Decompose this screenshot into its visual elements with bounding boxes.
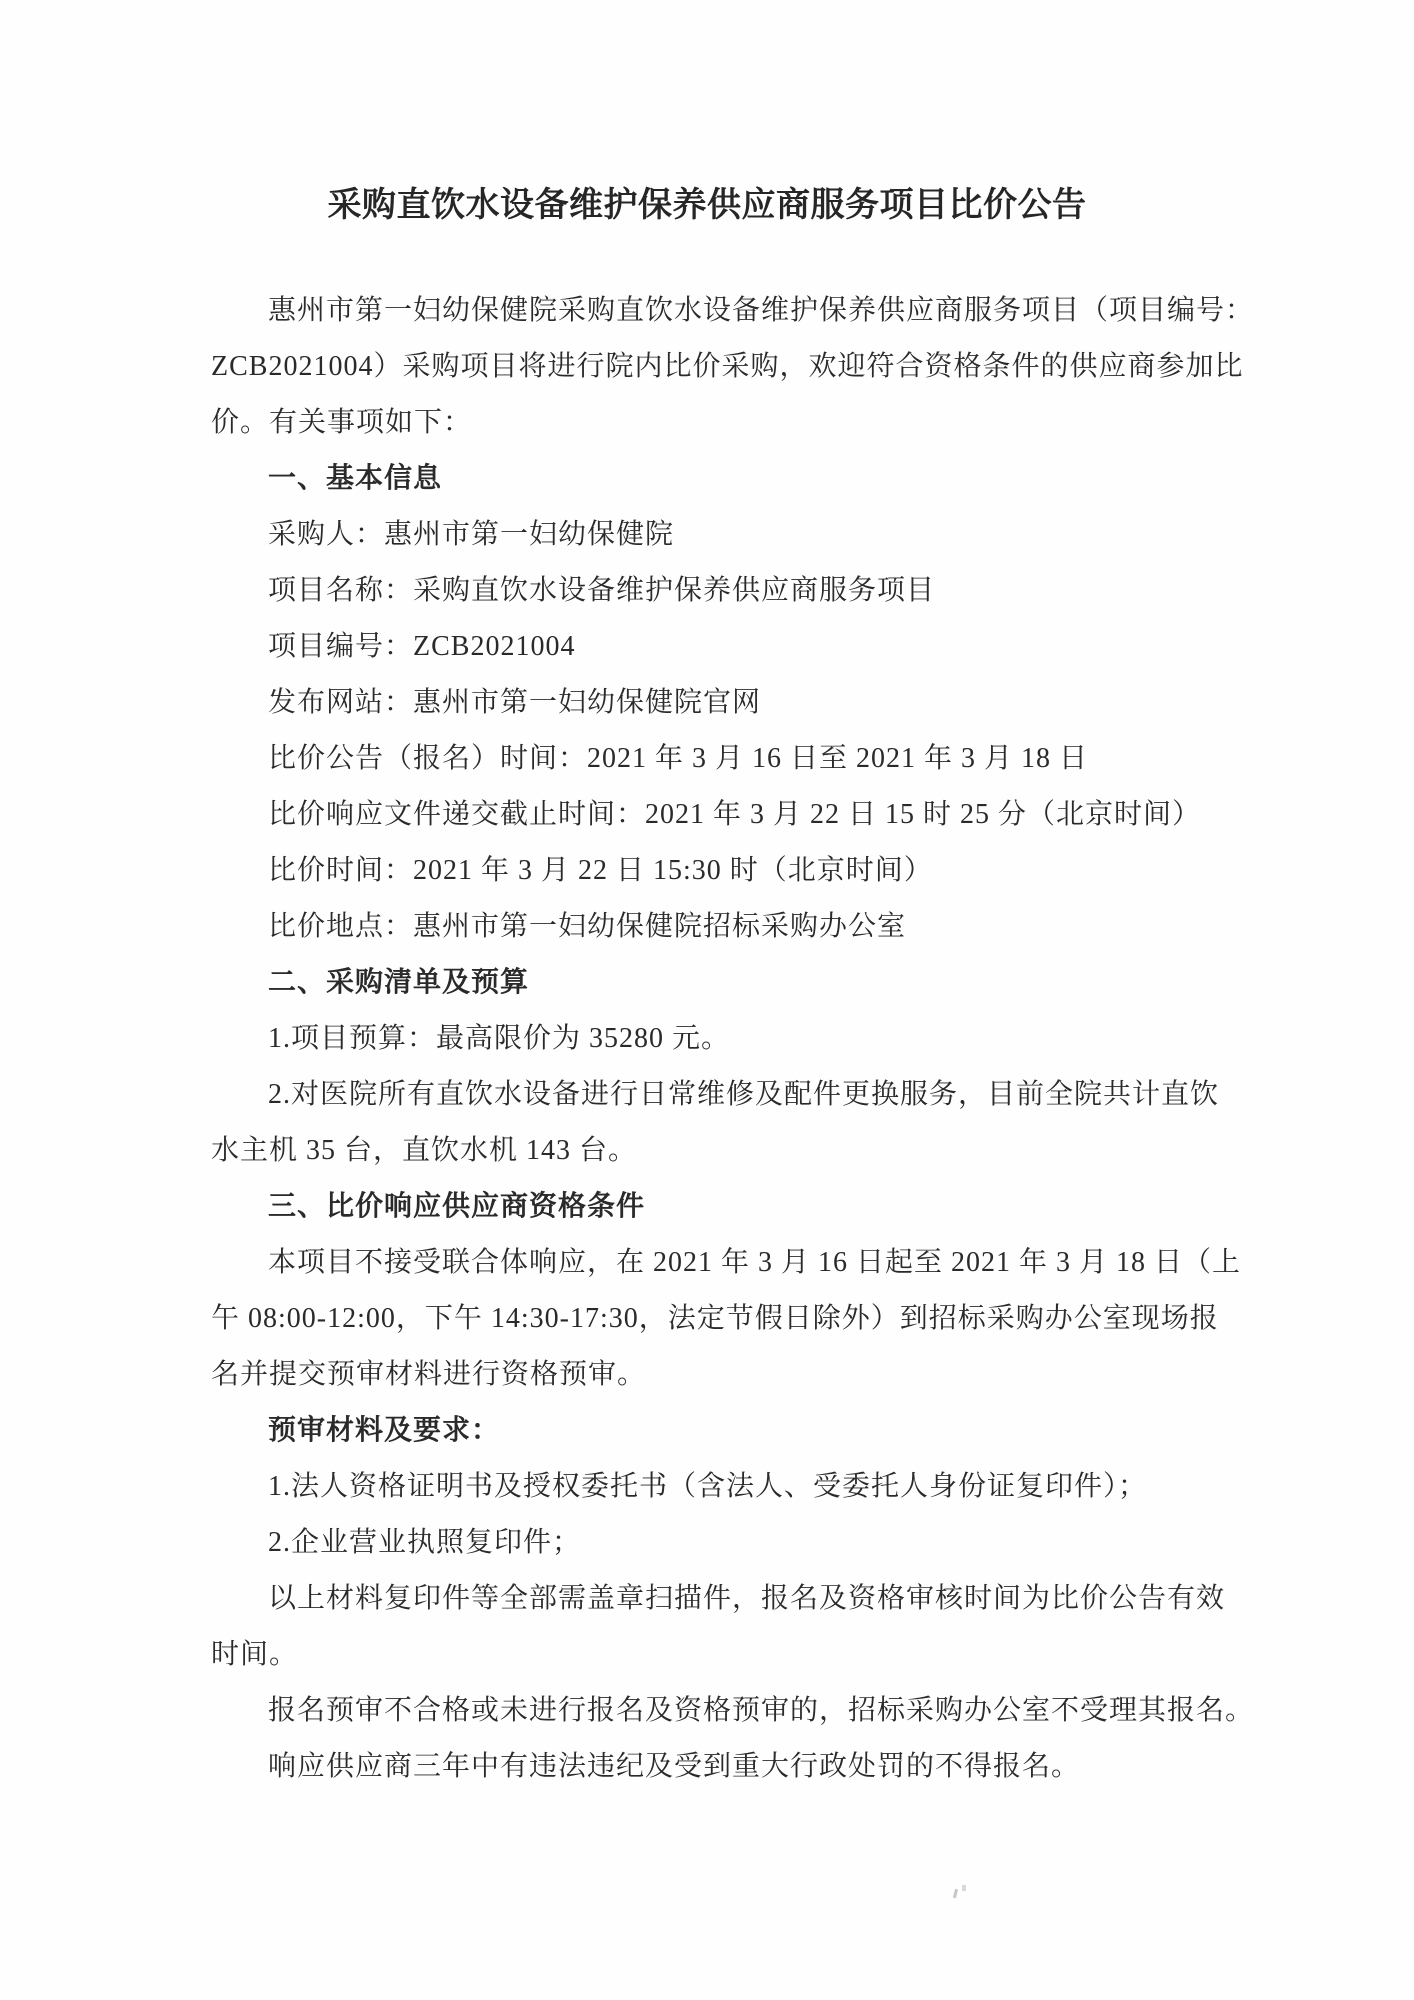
text-line: 时间。 xyxy=(211,1627,1251,1683)
text-line: 比价时间：2021 年 3 月 22 日 15:30 时（北京时间） xyxy=(211,843,1308,899)
text-line: 惠州市第一妇幼保健院采购直饮水设备维护保养供应商服务项目（项目编号： xyxy=(211,283,1308,339)
document-page: 采购直饮水设备维护保养供应商服务项目比价公告 惠州市第一妇幼保健院采购直饮水设备… xyxy=(0,0,1414,2000)
text-line: 比价响应文件递交截止时间：2021 年 3 月 22 日 15 时 25 分（北… xyxy=(211,787,1308,843)
text-line: 名并提交预审材料进行资格预审。 xyxy=(211,1347,1251,1403)
text-line: 响应供应商三年中有违法违纪及受到重大行政处罚的不得报名。 xyxy=(211,1739,1308,1795)
section-heading: 二、采购清单及预算 xyxy=(211,955,1308,1011)
text-line: 价。有关事项如下： xyxy=(211,395,1251,451)
text-line: 水主机 35 台，直饮水机 143 台。 xyxy=(211,1123,1251,1179)
document-title: 采购直饮水设备维护保养供应商服务项目比价公告 xyxy=(0,184,1414,228)
text-line: 1.法人资格证明书及授权委托书（含法人、受委托人身份证复印件）； xyxy=(211,1459,1308,1515)
section-heading: 三、比价响应供应商资格条件 xyxy=(211,1179,1308,1235)
scan-speck xyxy=(953,1889,958,1898)
text-line: ZCB2021004）采购项目将进行院内比价采购，欢迎符合资格条件的供应商参加比 xyxy=(211,339,1251,395)
text-line: 采购人：惠州市第一妇幼保健院 xyxy=(211,507,1308,563)
text-line: 2.对医院所有直饮水设备进行日常维修及配件更换服务，目前全院共计直饮 xyxy=(211,1067,1308,1123)
text-line: 以上材料复印件等全部需盖章扫描件，报名及资格审核时间为比价公告有效 xyxy=(211,1571,1308,1627)
text-line: 项目编号：ZCB2021004 xyxy=(211,619,1308,675)
scan-speck xyxy=(962,1885,966,1891)
text-line: 项目名称：采购直饮水设备维护保养供应商服务项目 xyxy=(211,563,1308,619)
text-line: 2.企业营业执照复印件； xyxy=(211,1515,1308,1571)
text-line: 1.项目预算：最高限价为 35280 元。 xyxy=(211,1011,1308,1067)
section-heading: 预审材料及要求： xyxy=(211,1403,1308,1459)
text-line: 本项目不接受联合体响应，在 2021 年 3 月 16 日起至 2021 年 3… xyxy=(211,1235,1308,1291)
text-line: 比价地点：惠州市第一妇幼保健院招标采购办公室 xyxy=(211,899,1308,955)
text-line: 报名预审不合格或未进行报名及资格预审的，招标采购办公室不受理其报名。 xyxy=(211,1683,1308,1739)
text-line: 发布网站：惠州市第一妇幼保健院官网 xyxy=(211,675,1308,731)
text-line: 午 08:00-12:00，下午 14:30-17:30，法定节假日除外）到招标… xyxy=(211,1291,1251,1347)
text-line: 比价公告（报名）时间：2021 年 3 月 16 日至 2021 年 3 月 1… xyxy=(211,731,1308,787)
section-heading: 一、基本信息 xyxy=(211,451,1308,507)
